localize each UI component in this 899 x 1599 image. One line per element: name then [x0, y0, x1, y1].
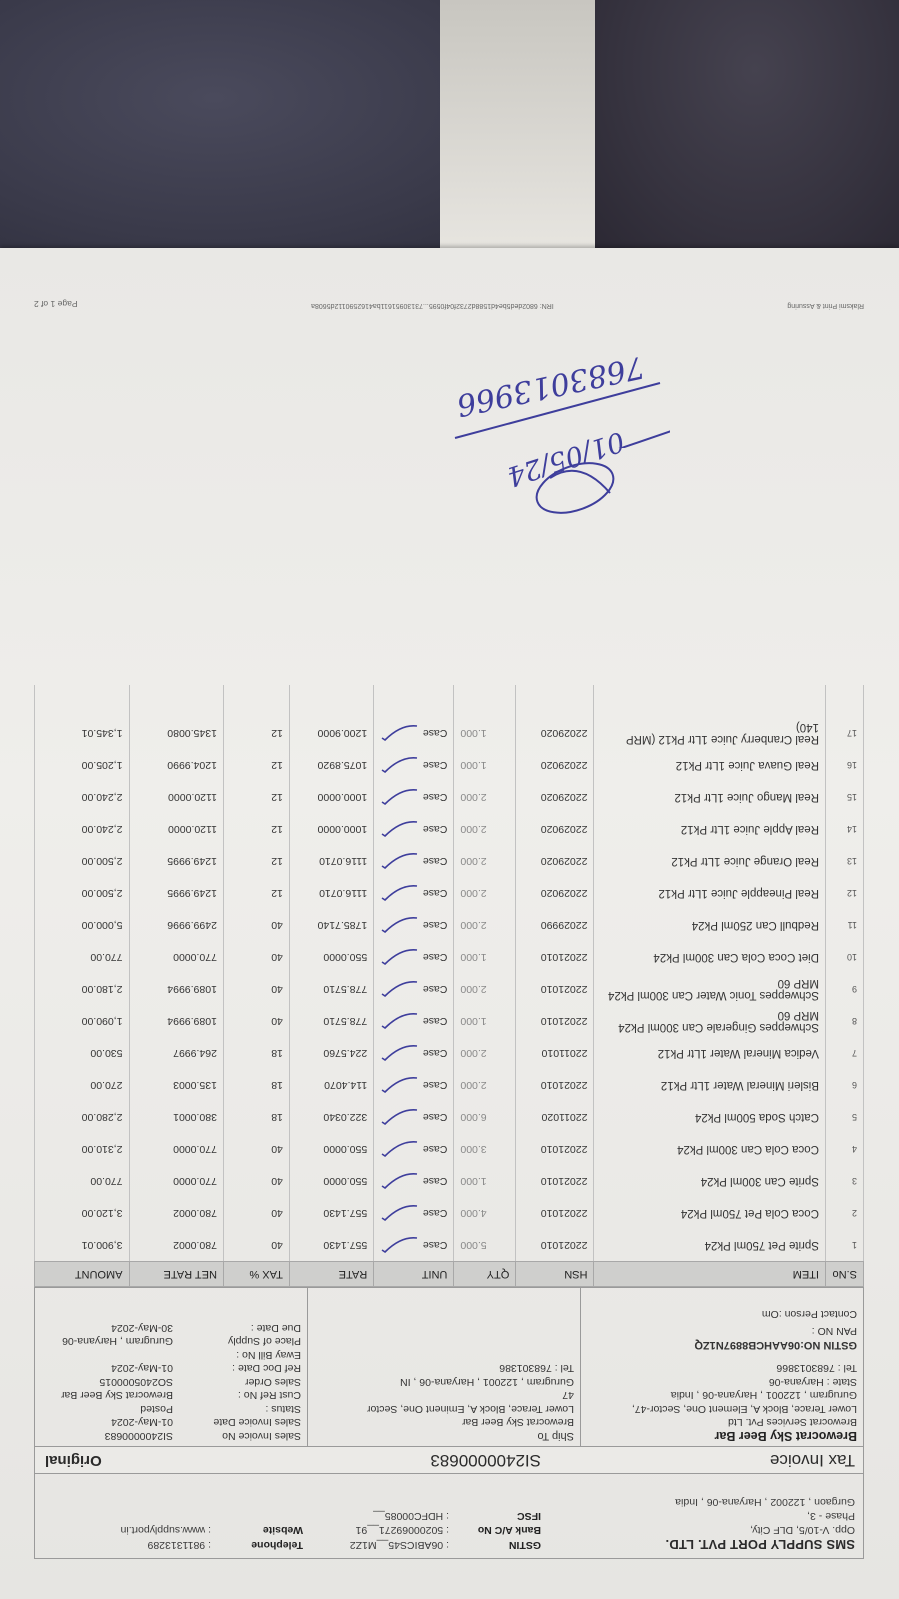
tax-value: 40	[271, 919, 283, 931]
cell-rate: 550.0000	[289, 941, 373, 973]
cell-sno: 10	[825, 941, 863, 973]
cell-item: Bisleri Mineral Water 1Ltr Pk12	[594, 1069, 825, 1101]
net-rate-value: 1204.9990	[167, 759, 217, 771]
cell-hsn: 22029020	[516, 781, 594, 813]
invoice-meta-row: Status :Posted	[39, 1402, 301, 1416]
net-rate-value: 264.9997	[173, 1047, 217, 1059]
cell-net-rate: 1120.0000	[129, 781, 223, 813]
cell-sno: 2	[825, 1197, 863, 1229]
cell-item: Diet Coca Cola Can 300ml Pk24	[594, 941, 825, 973]
invoice-number: SI2400000683	[430, 1450, 541, 1470]
item-value: Real Cranberry Juice 1Ltr Pk12 (MRP 140)	[626, 721, 819, 745]
rate-value: 550.0000	[323, 1143, 367, 1155]
column-header: S.No	[825, 1262, 863, 1287]
cell-sno: 12	[825, 877, 863, 909]
empty-cell	[35, 685, 130, 717]
unit-value: Case	[423, 1111, 448, 1123]
sno-value: 13	[847, 856, 857, 866]
net-rate-value: 1249.9995	[167, 887, 217, 899]
cell-unit: Case	[374, 941, 454, 973]
invoice-document: SMS SUPPLY PORT PVT. LTD. Opp. V-10/5, D…	[0, 248, 899, 1599]
item-value: Real Pineapple Juice 1Ltr Pk12	[659, 887, 819, 899]
telephone-field: Telephone: 9811313289	[148, 1539, 303, 1551]
tax-value: 40	[271, 951, 283, 963]
net-rate-value: 780.0002	[173, 1207, 217, 1219]
cell-sno: 15	[825, 781, 863, 813]
sno-value: 9	[852, 984, 857, 994]
table-row: 12Real Pineapple Juice 1Ltr Pk1222029020…	[35, 877, 864, 909]
cell-hsn: 22021010	[516, 1197, 594, 1229]
item-value: Sprite Pet 750ml Pk24	[705, 1239, 819, 1251]
cell-unit: Case	[374, 749, 454, 781]
column-header: AMOUNT	[35, 1262, 130, 1287]
qty-value: 4.000	[460, 1207, 486, 1219]
bill-to-gstin: GSTIN NO:06AAHCB8897N1ZQ	[587, 1338, 857, 1352]
net-rate-value: 1345.0080	[167, 727, 217, 739]
hsn-value: 22021010	[541, 983, 588, 995]
empty-cell	[825, 685, 863, 717]
empty-cell	[454, 685, 516, 717]
ship-to-line: Brewocrat Sky Beer Bar	[314, 1415, 574, 1429]
cell-qty: 2.000	[454, 909, 516, 941]
cell-net-rate: 2499.9996	[129, 909, 223, 941]
unit-value: Case	[423, 1239, 448, 1251]
cell-tax: 12	[223, 781, 289, 813]
cell-item: Real Orange Juice 1Ltr Pk12	[594, 845, 825, 877]
handwritten-checkmark-icon	[381, 1238, 419, 1252]
bill-to-line: Gurugram , 122001 , Haryana-06 , India	[587, 1388, 857, 1402]
bill-to-line: State : Haryana-06	[587, 1375, 857, 1389]
item-value: Coca Cola Pet 750ml Pk24	[681, 1207, 819, 1219]
item-value: Bisleri Mineral Water 1Ltr Pk12	[661, 1079, 819, 1091]
cell-amount: 5,000.00	[35, 909, 130, 941]
cell-tax: 12	[223, 877, 289, 909]
cell-unit: Case	[374, 1101, 454, 1133]
item-value: Schweppes Gingerale Can 300ml Pk24 MRP 6…	[618, 1009, 819, 1033]
cell-amount: 2,500.00	[35, 877, 130, 909]
meta-value: Brewocrat Sky Beer Bar	[61, 1388, 173, 1402]
cell-unit: Case	[374, 1197, 454, 1229]
net-rate-value: 780.0002	[173, 1239, 217, 1251]
invoice-meta-row: Due Date :30-May-2024	[39, 1321, 301, 1335]
sno-value: 7	[852, 1048, 857, 1058]
cell-sno: 8	[825, 1005, 863, 1037]
cell-amount: 3,120.00	[35, 1197, 130, 1229]
table-row: 10Diet Coca Cola Can 300ml Pk24220210101…	[35, 941, 864, 973]
cell-net-rate: 380.0001	[129, 1101, 223, 1133]
cell-net-rate: 264.9997	[129, 1037, 223, 1069]
hsn-value: 22021010	[541, 1015, 588, 1027]
cell-rate: 778.5710	[289, 973, 373, 1005]
column-header: TAX %	[223, 1262, 289, 1287]
handwritten-checkmark-icon	[381, 790, 419, 804]
tax-value: 40	[271, 983, 283, 995]
tax-value: 12	[271, 791, 283, 803]
sno-value: 17	[847, 728, 857, 738]
table-row: 8Schweppes Gingerale Can 300ml Pk24 MRP …	[35, 1005, 864, 1037]
cell-qty: 2.000	[454, 845, 516, 877]
amount-value: 2,500.00	[82, 887, 123, 899]
cell-net-rate: 770.0000	[129, 941, 223, 973]
cell-tax: 18	[223, 1037, 289, 1069]
meta-label: Sales Order	[173, 1375, 301, 1389]
cell-sno: 13	[825, 845, 863, 877]
cell-unit: Case	[374, 973, 454, 1005]
cell-hsn: 22021010	[516, 1165, 594, 1197]
hsn-value: 22029020	[541, 791, 588, 803]
bank-field: Bank A/C No: 50200069271__91	[356, 1524, 541, 1536]
qty-value: 3.000	[460, 1143, 486, 1155]
empty-cell	[289, 685, 373, 717]
cell-qty: 2.000	[454, 877, 516, 909]
sno-value: 2	[852, 1208, 857, 1218]
unit-value: Case	[423, 919, 448, 931]
cell-sno: 11	[825, 909, 863, 941]
table-row: 6Bisleri Mineral Water 1Ltr Pk1222021010…	[35, 1069, 864, 1101]
item-value: Catch Soda 500ml Pk24	[695, 1111, 819, 1123]
handwritten-checkmark-icon	[381, 822, 419, 836]
cell-rate: 1785.7140	[289, 909, 373, 941]
handwritten-checkmark-icon	[381, 1110, 419, 1124]
column-header: RATE	[289, 1262, 373, 1287]
cell-amount: 2,240.00	[35, 781, 130, 813]
company-header: SMS SUPPLY PORT PVT. LTD. Opp. V-10/5, D…	[34, 1474, 864, 1559]
footer-irn: IRN: 6802ded5be4d1588d2732f04f0595...731…	[311, 299, 554, 309]
cell-amount: 2,180.00	[35, 973, 130, 1005]
table-row: 15Real Mango Juice 1Ltr Pk12220290202.00…	[35, 781, 864, 813]
rate-value: 114.4070	[324, 1079, 367, 1091]
cell-item: Schweppes Gingerale Can 300ml Pk24 MRP 6…	[594, 1005, 825, 1037]
invoice-title: Tax Invoice	[770, 1450, 855, 1470]
qty-value: 2.000	[460, 1047, 486, 1059]
cell-unit: Case	[374, 1069, 454, 1101]
meta-value: 30-May-2024	[111, 1321, 173, 1335]
handwritten-underline	[450, 358, 670, 448]
item-value: Sprite Can 300ml Pk24	[701, 1175, 819, 1187]
invoice-meta-row: Ref Doc Date :01-May-2024	[39, 1361, 301, 1375]
bill-to: Brewocrat Sky Beer Bar Brewocrat Service…	[580, 1288, 863, 1446]
amount-value: 2,240.00	[82, 823, 123, 835]
amount-value: 3,900.01	[82, 1239, 123, 1251]
amount-value: 770.00	[90, 1175, 122, 1187]
cell-qty: 1.000	[454, 1165, 516, 1197]
cell-unit: Case	[374, 1133, 454, 1165]
amount-value: 2,240.00	[82, 791, 123, 803]
handwritten-checkmark-icon	[381, 726, 419, 740]
meta-value: 01-May-2024	[111, 1415, 173, 1429]
cell-net-rate: 1089.9994	[129, 973, 223, 1005]
table-row: 16Real Guava Juice 1Ltr Pk12220290201.00…	[35, 749, 864, 781]
amount-value: 1,090.00	[82, 1015, 123, 1027]
hsn-value: 22021010	[541, 1079, 588, 1091]
cell-amount: 2,310.00	[35, 1133, 130, 1165]
tax-value: 40	[271, 1175, 283, 1187]
background-floor	[440, 0, 610, 250]
cell-net-rate: 1249.9995	[129, 877, 223, 909]
document-footer: Rlaksmi Print & Assuring IRN: 6802ded5be…	[34, 299, 864, 309]
cell-tax: 40	[223, 1165, 289, 1197]
unit-value: Case	[423, 1047, 448, 1059]
bank-label: Bank A/C No	[449, 1524, 541, 1536]
qty-value: 2.000	[460, 791, 486, 803]
gstin-field: GSTIN: 06ABICS45__M1Z2	[350, 1539, 541, 1551]
tax-value: 18	[271, 1047, 283, 1059]
cell-sno: 17	[825, 717, 863, 749]
qty-value: 1.000	[460, 951, 486, 963]
ship-to-label: Ship To	[314, 1429, 574, 1443]
cell-hsn: 22011010	[516, 1037, 594, 1069]
company-address-line: Gurgaon , 122002 , Haryana-06 , India	[43, 1495, 855, 1509]
rate-value: 557.1430	[323, 1207, 367, 1219]
cell-amount: 770.00	[35, 1165, 130, 1197]
page-indicator: Page 1 of 2	[34, 299, 77, 309]
cell-sno: 4	[825, 1133, 863, 1165]
ship-to-line: Gurugram , 122001 , Haryana-06 , IN	[314, 1375, 574, 1389]
qty-value: 1.000	[460, 1015, 486, 1027]
net-rate-value: 1120.0000	[168, 823, 217, 835]
rate-value: 1200.9000	[318, 727, 368, 739]
handwritten-checkmark-icon	[381, 758, 419, 772]
cell-sno: 3	[825, 1165, 863, 1197]
item-value: Real Orange Juice 1Ltr Pk12	[671, 855, 819, 867]
cell-hsn: 22021010	[516, 1005, 594, 1037]
rate-value: 1116.0710	[319, 855, 367, 867]
empty-cell	[374, 685, 454, 717]
tax-value: 12	[271, 759, 283, 771]
net-rate-value: 1089.9994	[167, 1015, 217, 1027]
item-value: Redbull Can 250ml Pk24	[692, 919, 819, 931]
invoice-meta-row: Place of SupplyGurugram , Haryana-06	[39, 1334, 301, 1348]
website-field: Website: www.supplyport.in	[121, 1524, 303, 1536]
qty-value: 1.000	[460, 727, 486, 739]
meta-label: Status :	[173, 1402, 301, 1416]
cell-hsn: 22029020	[516, 877, 594, 909]
amount-value: 2,500.00	[82, 855, 123, 867]
cell-qty: 2.000	[454, 1037, 516, 1069]
amount-value: 1,345.01	[82, 727, 123, 739]
cell-tax: 12	[223, 717, 289, 749]
cell-tax: 12	[223, 845, 289, 877]
rate-value: 322.0340	[323, 1111, 367, 1123]
bill-to-line: Tel : 7683013866	[587, 1361, 857, 1375]
sno-value: 6	[852, 1080, 857, 1090]
cell-unit: Case	[374, 717, 454, 749]
bill-to-name: Brewocrat Sky Beer Bar	[587, 1429, 857, 1443]
footer-print-credit: Rlaksmi Print & Assuring	[787, 299, 864, 309]
item-value: Real Guava Juice 1Ltr Pk12	[676, 759, 819, 771]
column-header: HSN	[516, 1262, 594, 1287]
cell-sno: 7	[825, 1037, 863, 1069]
amount-value: 1,205.00	[82, 759, 123, 771]
cell-item: Coca Cola Pet 750ml Pk24	[594, 1197, 825, 1229]
cell-hsn: 22029020	[516, 717, 594, 749]
cell-tax: 18	[223, 1101, 289, 1133]
ship-to-line: Tel : 768301386	[314, 1361, 574, 1375]
invoice-title-bar: Tax Invoice SI2400000683 Original	[34, 1446, 864, 1474]
sno-value: 11	[848, 920, 857, 930]
meta-label: Eway Bill No :	[173, 1348, 301, 1362]
net-rate-value: 770.0000	[173, 1143, 217, 1155]
item-value: Real Apple Juice 1Ltr Pk12	[681, 823, 819, 835]
cell-item: Real Mango Juice 1Ltr Pk12	[594, 781, 825, 813]
cell-rate: 1075.8920	[289, 749, 373, 781]
cell-rate: 1000.0000	[289, 781, 373, 813]
meta-value: Gurugram , Haryana-06	[62, 1334, 173, 1348]
cell-qty: 1.000	[454, 717, 516, 749]
gstin-label: GSTIN	[449, 1539, 541, 1551]
table-row: 7Vedica Mineral Water 1Ltr Pk12220110102…	[35, 1037, 864, 1069]
ifsc-value: HDFC00085__	[373, 1510, 443, 1522]
net-rate-value: 1089.9994	[167, 983, 217, 995]
cell-net-rate: 1120.0000	[129, 813, 223, 845]
cell-qty: 1.000	[454, 1005, 516, 1037]
tax-value: 40	[271, 1207, 283, 1219]
cell-unit: Case	[374, 845, 454, 877]
cell-sno: 16	[825, 749, 863, 781]
cell-qty: 4.000	[454, 1197, 516, 1229]
hsn-value: 22021010	[541, 1239, 588, 1251]
cell-tax: 40	[223, 1133, 289, 1165]
rate-value: 1116.0710	[319, 887, 367, 899]
bill-to-line: Lower Terace, Block A, Element One, Sect…	[587, 1402, 857, 1416]
item-value: Vedica Mineral Water 1Ltr Pk12	[658, 1047, 819, 1059]
table-row: 17Real Cranberry Juice 1Ltr Pk12 (MRP 14…	[35, 717, 864, 749]
item-value: Diet Coca Cola Can 300ml Pk24	[653, 951, 819, 963]
unit-value: Case	[423, 1143, 448, 1155]
unit-value: Case	[423, 983, 448, 995]
cell-sno: 1	[825, 1229, 863, 1262]
invoice-meta-row: Eway Bill No :	[39, 1348, 301, 1362]
cell-item: Sprite Can 300ml Pk24	[594, 1165, 825, 1197]
table-row: 13Real Orange Juice 1Ltr Pk12220290202.0…	[35, 845, 864, 877]
cell-qty: 2.000	[454, 813, 516, 845]
tax-value: 40	[271, 1015, 283, 1027]
cell-amount: 1,090.00	[35, 1005, 130, 1037]
cell-hsn: 22021010	[516, 1069, 594, 1101]
hsn-value: 22021010	[541, 951, 588, 963]
hsn-value: 22029990	[541, 919, 588, 931]
tax-value: 12	[271, 727, 283, 739]
cell-item: Real Pineapple Juice 1Ltr Pk12	[594, 877, 825, 909]
website-label: Website	[211, 1524, 303, 1536]
hsn-value: 22011010	[542, 1047, 588, 1059]
rate-value: 550.0000	[323, 1175, 367, 1187]
empty-cell	[516, 685, 594, 717]
cell-rate: 557.1430	[289, 1229, 373, 1262]
cell-net-rate: 770.0000	[129, 1133, 223, 1165]
cell-amount: 2,240.00	[35, 813, 130, 845]
column-header: UNIT	[374, 1262, 454, 1287]
meta-label: Sales Invoice No	[173, 1429, 301, 1443]
cell-tax: 12	[223, 749, 289, 781]
cell-unit: Case	[374, 813, 454, 845]
cell-hsn: 22011020	[516, 1101, 594, 1133]
cell-rate: 224.5760	[289, 1037, 373, 1069]
cell-tax: 40	[223, 1197, 289, 1229]
rate-value: 778.5710	[323, 983, 367, 995]
cell-tax: 40	[223, 941, 289, 973]
meta-value: 01-May-2024	[111, 1361, 173, 1375]
amount-value: 2,180.00	[82, 983, 123, 995]
ifsc-field: IFSC: HDFC00085__	[373, 1510, 541, 1522]
net-rate-value: 770.0000	[173, 951, 217, 963]
cell-item: Real Cranberry Juice 1Ltr Pk12 (MRP 140)	[594, 717, 825, 749]
ship-to-line: Lower Terace, Block A, Eminent One, Sect…	[314, 1402, 574, 1416]
cell-hsn: 22021010	[516, 1133, 594, 1165]
unit-value: Case	[423, 1175, 448, 1187]
invoice-meta-row: Sales Invoice Date01-May-2024	[39, 1415, 301, 1429]
amount-value: 2,310.00	[82, 1143, 123, 1155]
cell-tax: 18	[223, 1069, 289, 1101]
net-rate-value: 135.0003	[173, 1079, 217, 1091]
meta-label: Due Date :	[173, 1321, 301, 1335]
bill-to-pan: PAN NO :	[587, 1324, 857, 1338]
table-row: 5Catch Soda 500ml Pk24220110206.000Case3…	[35, 1101, 864, 1133]
handwritten-checkmark-icon	[381, 1206, 419, 1220]
cell-unit: Case	[374, 1165, 454, 1197]
unit-value: Case	[423, 759, 448, 771]
cell-rate: 1200.9000	[289, 717, 373, 749]
sno-value: 12	[847, 888, 857, 898]
cell-sno: 6	[825, 1069, 863, 1101]
cell-qty: 2.000	[454, 1069, 516, 1101]
cell-net-rate: 1089.9994	[129, 1005, 223, 1037]
amount-value: 270.00	[90, 1079, 122, 1091]
rate-value: 557.1430	[323, 1239, 367, 1251]
cell-unit: Case	[374, 781, 454, 813]
cell-qty: 3.000	[454, 1133, 516, 1165]
website-value: www.supplyport.in	[121, 1524, 206, 1536]
table-header-row: S.NoITEMHSNQTYUNITRATETAX %NET RATEAMOUN…	[35, 1262, 864, 1287]
hsn-value: 22011020	[542, 1111, 588, 1123]
cell-hsn: 22029020	[516, 813, 594, 845]
sno-value: 8	[852, 1016, 857, 1026]
rate-value: 1000.0000	[318, 823, 368, 835]
empty-cell	[129, 685, 223, 717]
meta-label: Ref Doc Date :	[173, 1361, 301, 1375]
cell-rate: 114.4070	[289, 1069, 373, 1101]
ship-to: Ship To Brewocrat Sky Beer Bar Lower Ter…	[307, 1288, 580, 1446]
gstin-value: 06ABICS45__M1Z2	[350, 1539, 443, 1551]
item-value: Coca Cola Can 300ml Pk24	[677, 1143, 819, 1155]
handwritten-checkmark-icon	[381, 982, 419, 996]
unit-value: Case	[423, 1015, 448, 1027]
cell-item: Redbull Can 250ml Pk24	[594, 909, 825, 941]
cell-unit: Case	[374, 909, 454, 941]
cell-item: Vedica Mineral Water 1Ltr Pk12	[594, 1037, 825, 1069]
cell-net-rate: 1204.9990	[129, 749, 223, 781]
bill-to-contact: Contact Person :Om	[587, 1307, 857, 1321]
qty-value: 2.000	[460, 855, 486, 867]
cell-item: Schweppes Tonic Water Can 300ml Pk24 MRP…	[594, 973, 825, 1005]
cell-tax: 40	[223, 1229, 289, 1262]
net-rate-value: 1120.0000	[168, 791, 217, 803]
tax-value: 12	[271, 855, 283, 867]
rate-value: 778.5710	[323, 1015, 367, 1027]
item-value: Schweppes Tonic Water Can 300ml Pk24 MRP…	[608, 977, 819, 1001]
handwritten-checkmark-icon	[381, 1078, 419, 1092]
net-rate-value: 1249.9995	[167, 855, 217, 867]
cell-amount: 3,900.01	[35, 1229, 130, 1262]
handwritten-checkmark-icon	[381, 1014, 419, 1028]
rate-value: 1075.8920	[318, 759, 368, 771]
rate-value: 550.0000	[323, 951, 367, 963]
sno-value: 4	[852, 1144, 857, 1154]
cell-unit: Case	[374, 1037, 454, 1069]
item-value: Real Mango Juice 1Ltr Pk12	[675, 791, 819, 803]
qty-value: 6.000	[460, 1111, 486, 1123]
qty-value: 2.000	[460, 887, 486, 899]
